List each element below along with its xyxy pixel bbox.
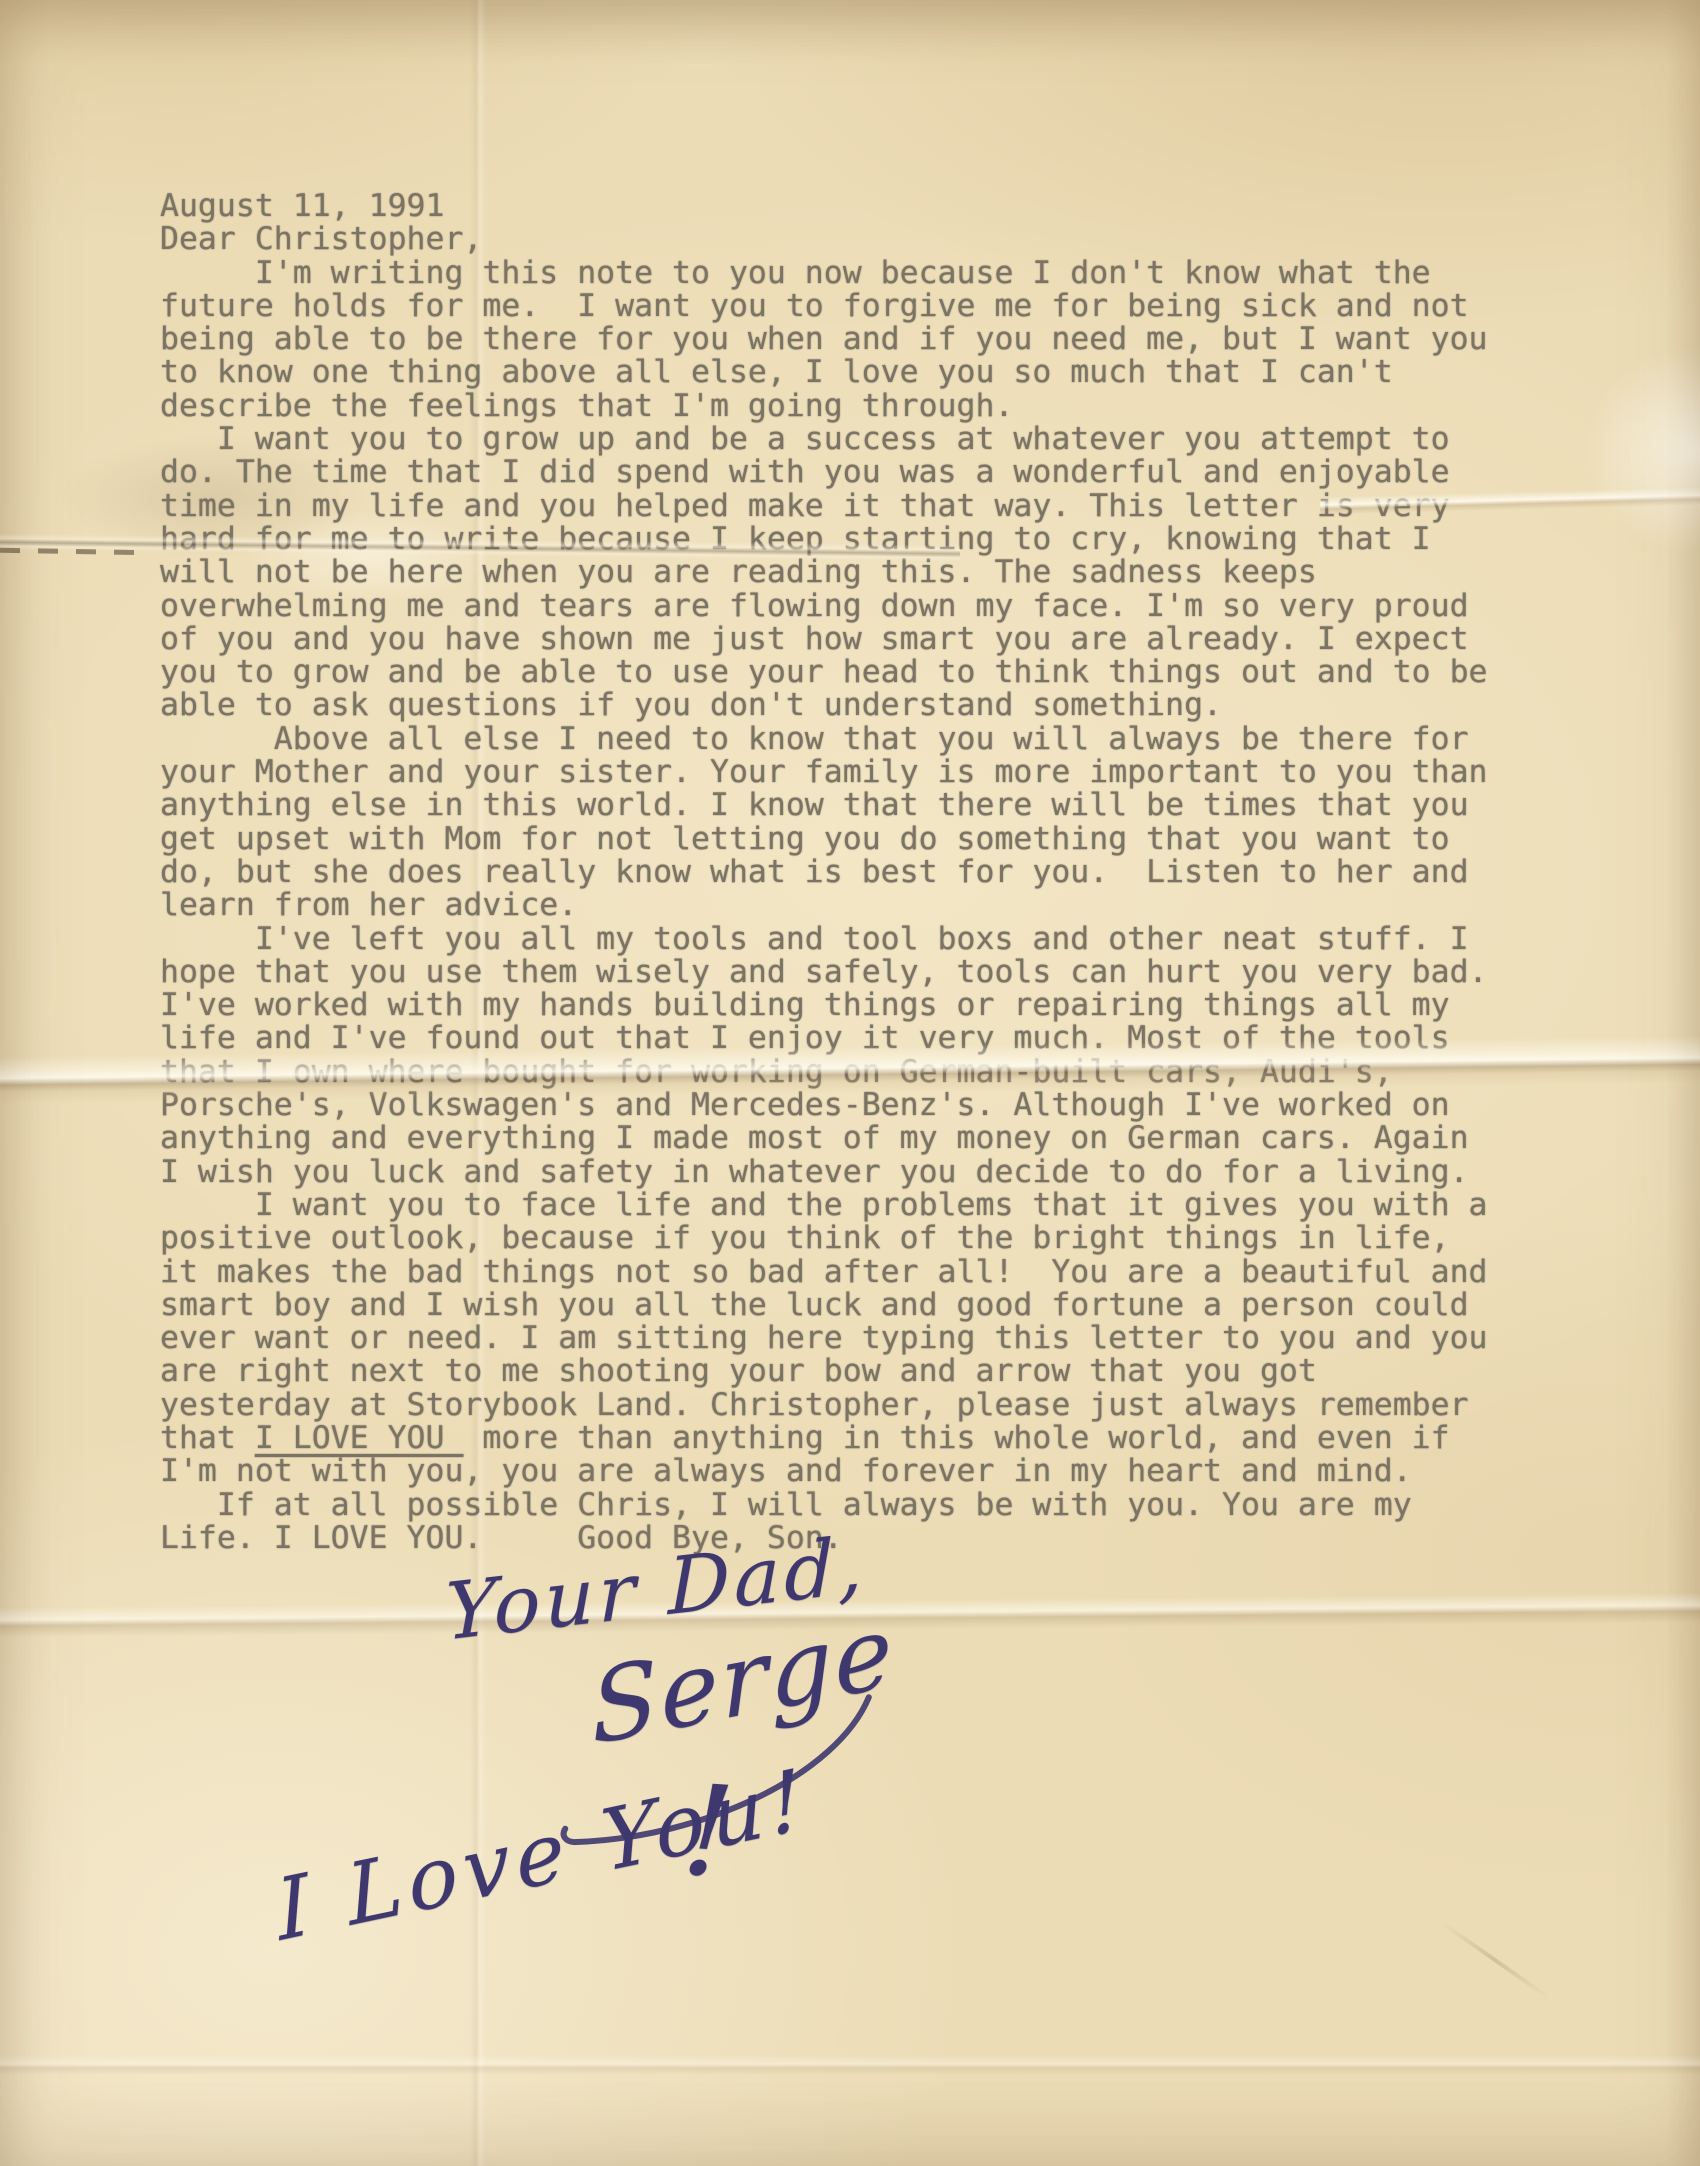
- letter-line: it makes the bad things not so bad after…: [160, 1256, 1488, 1289]
- letter-line: your Mother and your sister. Your family…: [160, 756, 1488, 789]
- typed-text-block: August 11, 1991 Dear Christopher, I'm wr…: [160, 190, 1488, 1555]
- letter-line: positive outlook, because if you think o…: [160, 1222, 1488, 1255]
- letter-line: are right next to me shooting your bow a…: [160, 1355, 1488, 1388]
- date-line: August 11, 1991: [160, 190, 1488, 223]
- letter-line: overwhelming me and tears are flowing do…: [160, 590, 1488, 623]
- letter-line: anything else in this world. I know that…: [160, 789, 1488, 822]
- paper-sheen: [1470, 330, 1700, 570]
- letter-line: that I own where bought for working on G…: [160, 1056, 1488, 1089]
- letter-line: hope that you use them wisely and safely…: [160, 956, 1488, 989]
- letter-line: yesterday at Storybook Land. Christopher…: [160, 1389, 1488, 1422]
- letter-line: I want you to face life and the problems…: [160, 1189, 1488, 1222]
- letter-line: smart boy and I wish you all the luck an…: [160, 1289, 1488, 1322]
- letter-line: I've left you all my tools and tool boxs…: [160, 923, 1488, 956]
- letter-line: I'm writing this note to you now because…: [160, 257, 1488, 290]
- letter-line: you to grow and be able to use your head…: [160, 656, 1488, 689]
- letter-line: time in my life and you helped make it t…: [160, 490, 1488, 523]
- underlined-phrase: I LOVE YOU: [255, 1420, 464, 1456]
- letter-line: anything and everything I made most of m…: [160, 1122, 1488, 1155]
- letter-line: will not be here when you are reading th…: [160, 556, 1488, 589]
- letter-line: future holds for me. I want you to forgi…: [160, 290, 1488, 323]
- letter-line: Porsche's, Volkswagen's and Mercedes-Ben…: [160, 1089, 1488, 1122]
- letter-line: to know one thing above all else, I love…: [160, 356, 1488, 389]
- scanned-letter-page: August 11, 1991 Dear Christopher, I'm wr…: [0, 0, 1700, 2166]
- letter-line: life and I've found out that I enjoy it …: [160, 1022, 1488, 1055]
- letter-line: Above all else I need to know that you w…: [160, 723, 1488, 756]
- letter-line: ever want or need. I am sitting here typ…: [160, 1322, 1488, 1355]
- letter-line: able to ask questions if you don't under…: [160, 689, 1488, 722]
- letter-line: hard for me to write because I keep star…: [160, 523, 1488, 556]
- letter-line: do, but she does really know what is bes…: [160, 856, 1488, 889]
- fold-crease-bottom: [0, 2055, 1700, 2075]
- letter-line: do. The time that I did spend with you w…: [160, 456, 1488, 489]
- letter-line: that I LOVE YOU more than anything in th…: [160, 1422, 1488, 1455]
- letter-line: describe the feelings that I'm going thr…: [160, 390, 1488, 423]
- letter-line: of you and you have shown me just how sm…: [160, 623, 1488, 656]
- letter-line: I want you to grow up and be a success a…: [160, 423, 1488, 456]
- letter-body: I'm writing this note to you now because…: [160, 257, 1488, 1556]
- letter-line: being able to be there for you when and …: [160, 323, 1488, 356]
- letter-line: get upset with Mom for not letting you d…: [160, 823, 1488, 856]
- salutation-line: Dear Christopher,: [160, 223, 1488, 256]
- letter-line: I'm not with you, you are always and for…: [160, 1455, 1488, 1488]
- handwritten-love-note: I Love You!: [272, 1749, 813, 1960]
- wrinkle-bottom-right: [1441, 1921, 1550, 1999]
- letter-line: I've worked with my hands building thing…: [160, 989, 1488, 1022]
- letter-line: If at all possible Chris, I will always …: [160, 1489, 1488, 1522]
- letter-line: I wish you luck and safety in whatever y…: [160, 1156, 1488, 1189]
- letter-line: learn from her advice.: [160, 889, 1488, 922]
